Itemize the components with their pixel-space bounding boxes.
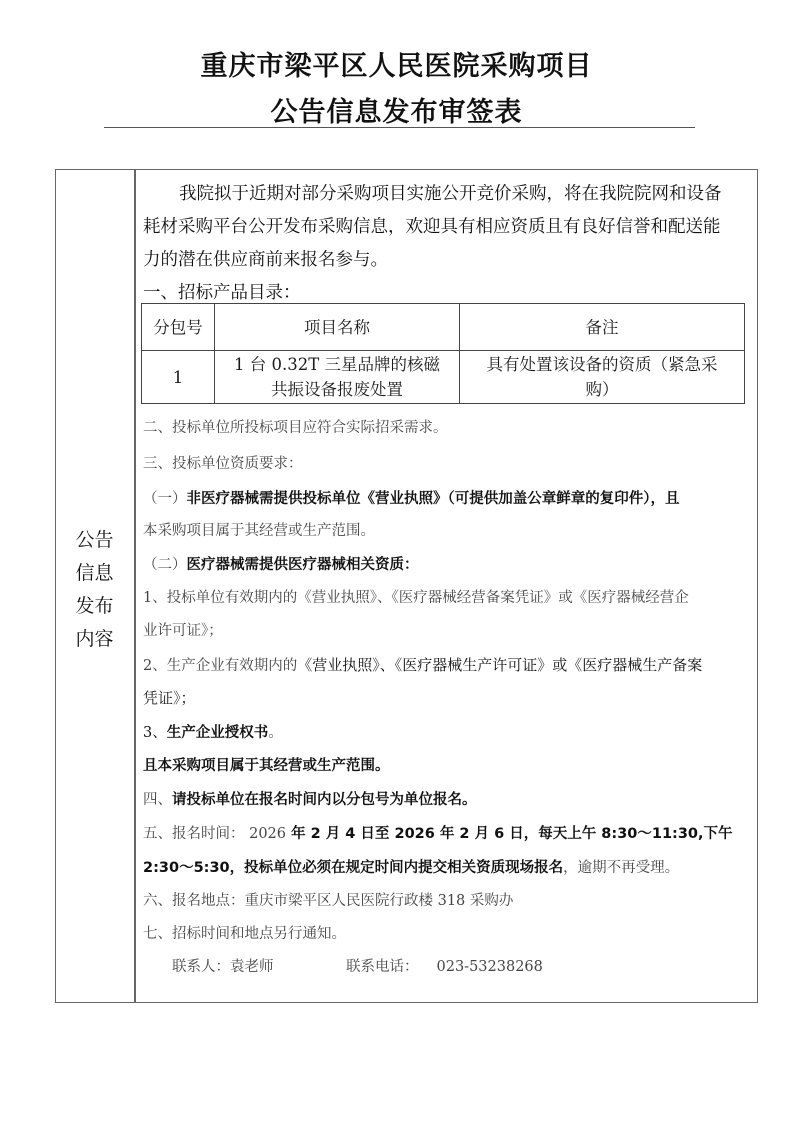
section5-suffix: ，逾期不再受理。 [563,860,679,876]
requirement-1-line-1: （一）非医疗器械需提供投标单位《营业执照》（可提供加盖公章鲜章的复印件），且 [143,487,680,508]
table-row: 1 1 台 0.32T 三星品牌的核磁 共振设备报废处置 具有处置该设备的资质（… [142,351,745,404]
project-name-line1: 1 台 0.32T 三星品牌的核磁 [221,352,453,377]
row-label-announcement-content: 公告 信息 发布 内容 [55,524,134,656]
item3-prefix: 3、 [143,725,167,741]
item2-prefix: 2、生产企业有效期内的 [143,658,297,674]
section5-bold-2: 2:30～5:30，投标单位必须在规定时间内提交相关资质现场报名 [143,860,563,876]
requirement-2-item-2-line-2: 凭证》； [143,687,196,708]
cell-project-name: 1 台 0.32T 三星品牌的核磁 共振设备报废处置 [215,351,460,404]
section-4: 四、请投标单位在报名时间内以分包号为单位报名。 [143,788,477,809]
document-title-line2: 公告信息发布审签表 [0,90,793,129]
section-5-line-2: 2:30～5:30，投标单位必须在规定时间内提交相关资质现场报名，逾期不再受理。 [143,856,679,877]
contact-person-label: 联系人： [172,959,230,975]
intro-line-3: 力的潜在供应商前来报名参与。 [143,246,388,271]
contact-phone: 联系电话：023-53238268 [346,955,543,976]
row-label-part: 信息 [55,557,134,590]
section-5-line-1: 五、报名时间： 2026 年 2 月 4 日至 2026 年 2 月 6 日，每… [143,822,733,843]
req1-bold-text: 非医疗器械需提供投标单位《营业执照》（可提供加盖公章鲜章的复印件），且 [187,491,680,507]
req2-bold-text: 医疗器械需提供医疗器械相关资质： [187,557,419,573]
requirement-2-item-1-line-1: 1、投标单位有效期内的《营业执照》、《医疗器械经营备案凭证》或《医疗器械经营企 [143,586,689,607]
contact-person-value: 袁老师 [230,959,274,975]
section-1-heading: 一、招标产品目录： [143,279,301,304]
header-package-no: 分包号 [142,304,215,351]
section-3-heading: 三、投标单位资质要求： [143,452,303,473]
row-label-part: 内容 [55,623,134,656]
header-project-name: 项目名称 [215,304,460,351]
section-2: 二、投标单位所投标项目应符合实际招采需求。 [143,416,448,437]
contact-person: 联系人：袁老师 [172,955,274,976]
section5-bold-1: 年 2 月 4 日至 2026 年 2 月 6 日，每天上午 8:30～11:3… [286,826,733,842]
requirement-2-item-3: 3、生产企业授权书。 [143,721,283,742]
section4-bold-text: 请投标单位在报名时间内以分包号为单位报名。 [172,792,477,808]
req2-prefix: （二） [143,557,187,573]
req1-prefix: （一） [143,491,187,507]
document-title-line1: 重庆市梁平区人民医院采购项目 [0,44,793,83]
requirement-1-line-2: 本采购项目属于其经营或生产范围。 [143,519,375,540]
header-remark: 备注 [460,304,745,351]
section-7: 七、招标时间和地点另行通知。 [143,922,346,943]
title-divider [104,127,695,128]
item2-emphasis: 《营业执照》、《医疗器械生产许可证》或《医疗器械生产备案 [297,656,702,674]
intro-line-2: 耗材采购平台公开发布采购信息，欢迎具有相应资质且有良好信誉和配送能 [143,213,721,238]
item3-bold-text: 生产企业授权书 [167,725,269,741]
requirement-2-item-1-line-2: 业许可证》； [143,619,223,640]
column-divider [134,169,136,1003]
row-label-part: 发布 [55,590,134,623]
remark-line1: 具有处置该设备的资质（紧急采 [466,352,738,377]
section5-prefix: 五、报名时间： 2026 [143,826,286,842]
contact-phone-value: 023-53238268 [437,959,543,975]
table-header-row: 分包号 项目名称 备注 [142,304,745,351]
section-6: 六、报名地点：重庆市梁平区人民医院行政楼 318 采购办 [143,889,513,910]
cell-package-no: 1 [142,351,215,404]
intro-line-1: 我院拟于近期对部分采购项目实施公开竞价采购，将在我院院网和设备 [179,180,722,205]
requirement-scope: 且本采购项目属于其经营或生产范围。 [143,754,390,775]
requirement-2-heading: （二）医疗器械需提供医疗器械相关资质： [143,553,419,574]
cell-remark: 具有处置该设备的资质（紧急采 购） [460,351,745,404]
contact-phone-label: 联系电话： [346,959,419,975]
remark-line2: 购） [466,377,738,402]
row-label-part: 公告 [55,524,134,557]
project-name-line2: 共振设备报废处置 [221,377,453,402]
section4-prefix: 四、 [143,792,172,808]
requirement-2-item-2-line-1: 2、生产企业有效期内的《营业执照》、《医疗器械生产许可证》或《医疗器械生产备案 [143,654,702,675]
product-catalog-table: 分包号 项目名称 备注 1 1 台 0.32T 三星品牌的核磁 共振设备报废处置… [141,303,745,404]
item3-suffix: 。 [268,725,283,741]
